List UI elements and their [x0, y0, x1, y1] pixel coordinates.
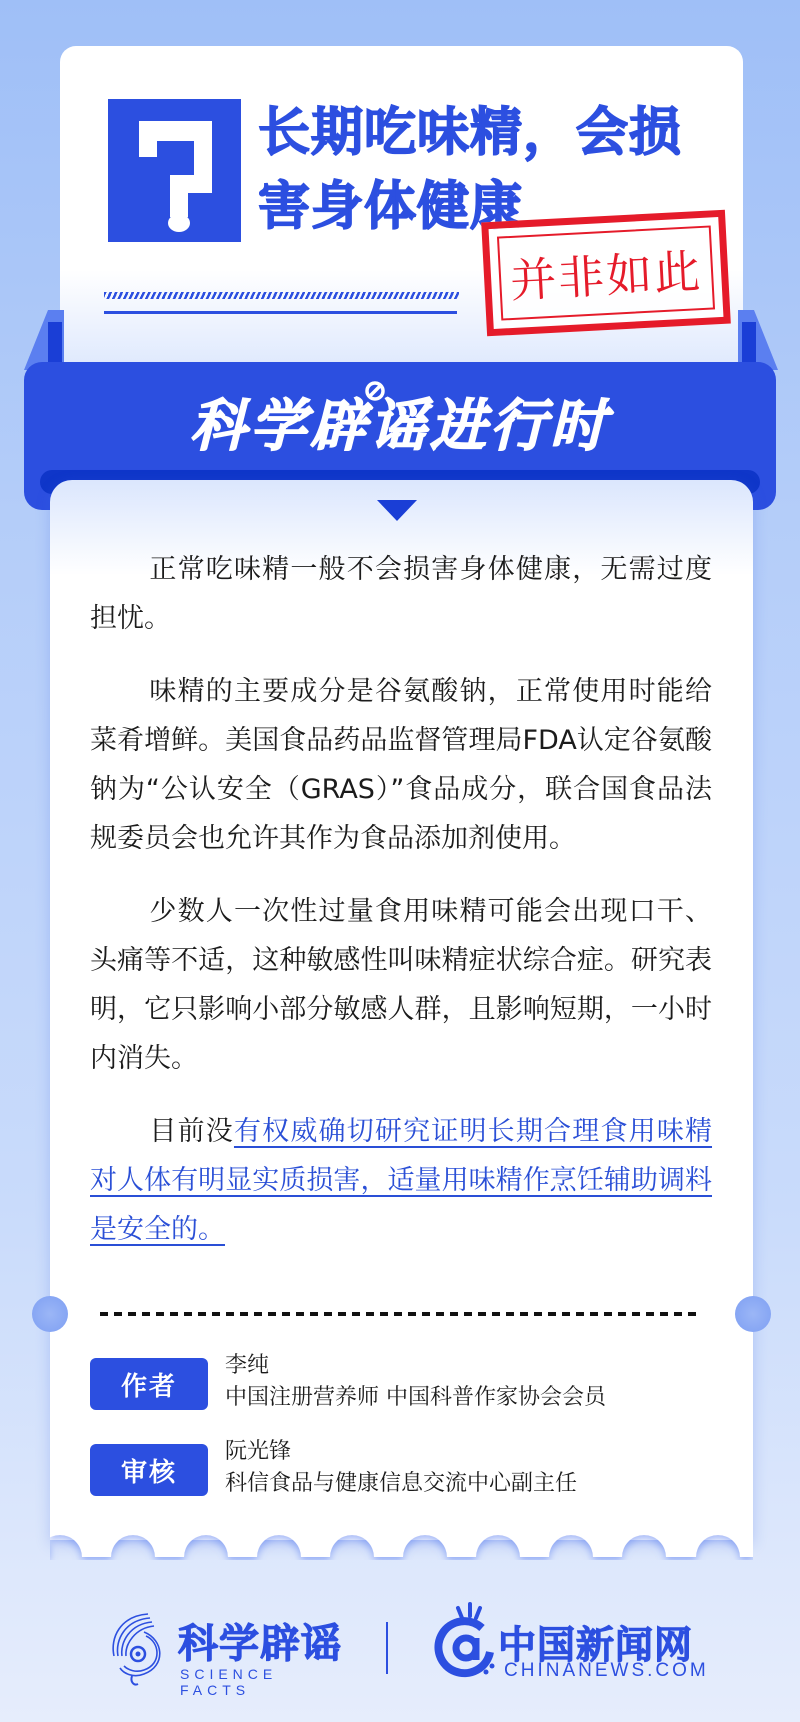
question-mark-icon [108, 99, 241, 242]
credit-author: 作者 李纯 中国注册营养师 中国科普作家协会会员 [90, 1356, 710, 1410]
solid-divider [104, 311, 457, 314]
banner-title: 科学辟谣进行时 [0, 382, 800, 462]
credit-name: 李纯 [225, 1350, 269, 1382]
paragraph-1: 正常吃味精一般不会损害身体健康，无需过度担忧。 [90, 545, 712, 643]
headline-card: 长期吃味精，会损 害身体健康 并非如此 [60, 46, 743, 366]
credit-title: 中国注册营养师 中国科普作家协会会员 [225, 1382, 606, 1414]
conclusion-prefix: 目前没 [149, 1116, 234, 1147]
headline-line-1: 长期吃味精，会损 [258, 96, 728, 170]
scalloped-edge [50, 1500, 753, 1560]
tray-inner-right [742, 322, 756, 362]
verdict-stamp: 并非如此 [481, 210, 731, 337]
paragraph-3: 少数人一次性过量食用味精可能会出现口干、头痛等不适，这种敏感性叫味精症状综合症。… [90, 887, 712, 1083]
paragraph-2: 味精的主要成分是谷氨酸钠，正常使用时能给菜肴增鲜。美国食品药品监督管理局FDA认… [90, 667, 712, 863]
stamp-text: 并非如此 [508, 235, 703, 311]
prohibited-icon [364, 380, 386, 402]
chinanews-en: CHINANEWS.COM [504, 1660, 709, 1682]
role-badge: 作者 [90, 1358, 208, 1410]
at-sign-icon [432, 1602, 500, 1682]
credit-reviewer: 审核 阮光锋 科信食品与健康信息交流中心副主任 [90, 1442, 710, 1496]
science-facts-en: SCIENCE FACTS [180, 1666, 348, 1698]
role-badge: 审核 [90, 1444, 208, 1496]
science-facts-logo: 科学辟谣 SCIENCE FACTS [108, 1610, 348, 1686]
credit-title: 科信食品与健康信息交流中心副主任 [225, 1468, 577, 1500]
dashed-divider [100, 1312, 700, 1316]
ticket-notch-right [735, 1296, 771, 1332]
down-triangle-icon [377, 500, 417, 521]
science-facts-cn: 科学辟谣 [178, 1612, 342, 1669]
chinanews-logo: 中国新闻网 CHINANEWS.COM [432, 1600, 712, 1690]
tray-inner-left [48, 322, 62, 362]
science-facts-emblem-icon [108, 1610, 168, 1686]
footer: 科学辟谣 SCIENCE FACTS 中国新闻网 CHINANEWS.COM [0, 1600, 800, 1690]
ticket-notch-left [32, 1296, 68, 1332]
logo-divider [386, 1622, 388, 1674]
article-body: 正常吃味精一般不会损害身体健康，无需过度担忧。 味精的主要成分是谷氨酸钠，正常使… [90, 545, 712, 1278]
hatched-divider [104, 292, 459, 299]
paragraph-conclusion: 目前没有权威确切研究证明长期合理食用味精对人体有明显实质损害，适量用味精作烹饪辅… [90, 1107, 712, 1254]
credit-name: 阮光锋 [225, 1436, 291, 1468]
